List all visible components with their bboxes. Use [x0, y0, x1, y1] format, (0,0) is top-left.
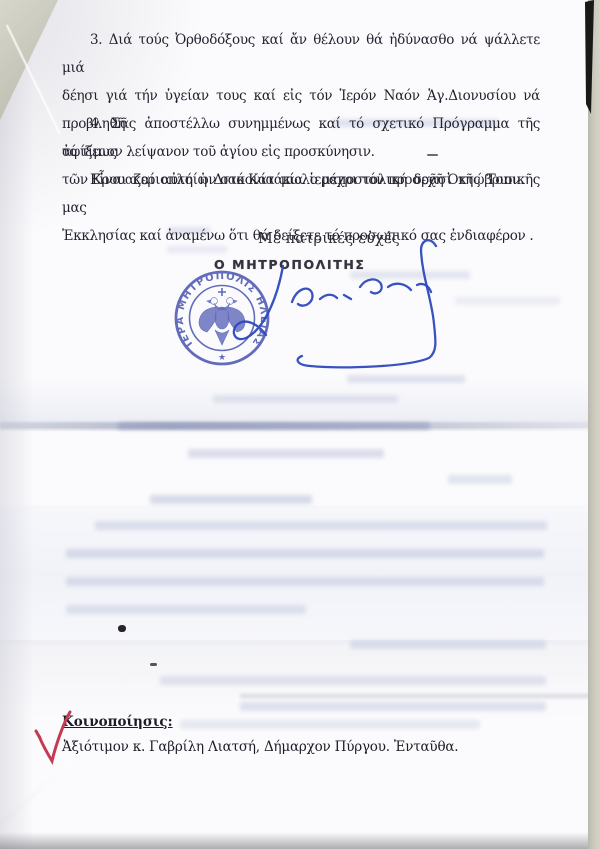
scan-tint-mid: [0, 505, 600, 645]
fold-crease-diagonal: [0, 760, 72, 849]
fold-crease-lower: [240, 694, 600, 698]
scan-shadow-left: [0, 0, 34, 849]
scan-tint-band: [0, 378, 600, 428]
ghost-text-line: [118, 422, 430, 430]
check-mark: [30, 700, 80, 770]
ghost-text-line: [95, 521, 547, 530]
scanner-corner-top-left: [0, 0, 58, 120]
text-line: Εἶναι καί αὐτή ἡ Διακονία μία ἱεραποστολ…: [62, 166, 540, 222]
ghost-text-line: [66, 577, 544, 586]
ink-speck: [118, 625, 126, 632]
text-line: 4. Σᾶς ἀποστέλλω συνημμένως καί τό σχετι…: [62, 110, 540, 166]
ghost-text-line: [455, 297, 560, 305]
ghost-text-line: [213, 395, 398, 403]
scanner-edge-right: [588, 0, 600, 849]
ghost-text-line: [188, 449, 384, 458]
text-line: 3. Διά τούς Ὀρθοδόξους καί ἄν θέλουν θά …: [62, 26, 540, 82]
scanned-letter-page: { "letter": { "paragraphs": [ {"lines": …: [0, 0, 600, 849]
ghost-text-line: [180, 720, 480, 729]
ghost-text-line: [160, 676, 546, 685]
ghost-text-line: [66, 549, 544, 558]
cc-recipient: Ἀξιότιμον κ. Γαβρίλη Λιατσή, Δήμαρχον Πύ…: [62, 739, 458, 755]
ink-speck: [150, 663, 157, 666]
signature: [170, 232, 470, 377]
page-bottom-shadow: [0, 832, 600, 849]
ghost-text-line: [66, 605, 306, 614]
fold-crease: [0, 422, 600, 430]
scan-tint-low: [0, 640, 600, 720]
ghost-text-line: [150, 495, 312, 504]
ghost-text-line: [350, 640, 546, 649]
ghost-text-line: [240, 702, 546, 711]
ghost-text-line: [448, 475, 512, 484]
